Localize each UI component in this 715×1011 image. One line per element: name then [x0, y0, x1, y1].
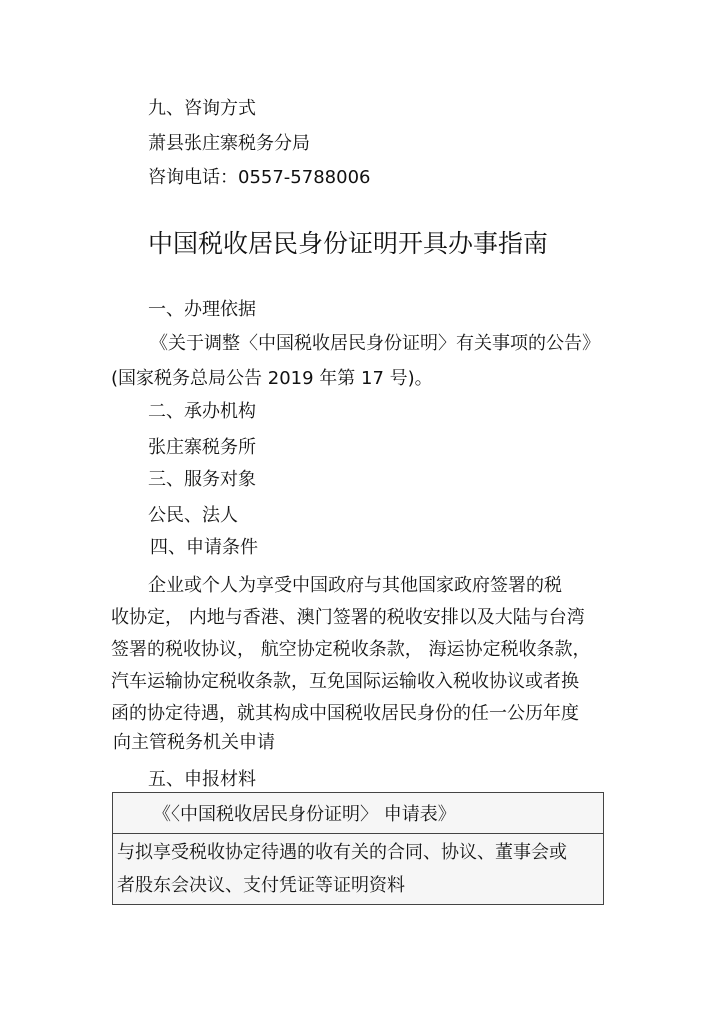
office-name: 萧县张庄寨税务分局 [148, 133, 310, 155]
conditions-line: 企业或个人为享受中国政府与其他国家政府签署的税 [111, 570, 611, 602]
agency-name: 张庄寨税务所 [148, 437, 256, 459]
section-nine-heading: 九、咨询方式 [148, 98, 256, 120]
table-cell-supporting-docs: 与拟享受税收协定待遇的收有关的合同、协议、董事会或 者股东会决议、支付凭证等证明… [113, 834, 604, 905]
page-title: 中国税收居民身份证明开具办事指南 [148, 229, 548, 259]
conditions-line: 收协定， 内地与香港、澳门签署的税收安排以及大陆与台湾 [111, 602, 611, 634]
supporting-docs-line: 与拟享受税收协定待遇的收有关的合同、协议、董事会或 [117, 836, 599, 869]
section-heading-basis: 一、办理依据 [148, 299, 256, 321]
conditions-line: 函的协定待遇，就其构成中国税收居民身份的任一公历年度 [111, 698, 611, 730]
conditions-paragraph: 企业或个人为享受中国政府与其他国家政府签署的税 收协定， 内地与香港、澳门签署的… [111, 570, 611, 756]
table-row: 与拟享受税收协定待遇的收有关的合同、协议、董事会或 者股东会决议、支付凭证等证明… [113, 834, 604, 905]
supporting-docs-line: 者股东会决议、支付凭证等证明资料 [117, 869, 599, 902]
conditions-line: 签署的税收协议， 航空协定税收条款， 海运协定税收条款， [111, 634, 611, 666]
section-heading-conditions: 四、申请条件 [150, 537, 258, 559]
basis-line-2: (国家税务总局公告 2019 年第 17 号)。 [111, 368, 433, 390]
section-heading-agency: 二、承办机构 [148, 401, 256, 423]
conditions-line: 汽车运输协定税收条款，互免国际运输收入税收协议或者换 [111, 666, 611, 698]
phone-line: 咨询电话：0557-5788006 [148, 167, 370, 189]
section-heading-service-target: 三、服务对象 [148, 469, 256, 491]
conditions-line: 向主管税务机关申请 [111, 730, 611, 756]
basis-line-1: 《关于调整〈中国税收居民身份证明〉有关事项的公告》 [150, 333, 600, 355]
service-target: 公民、法人 [148, 505, 238, 527]
table-cell-application-form: 《〈中国税收居民身份证明〉 申请表》 [113, 793, 604, 834]
section-heading-materials: 五、申报材料 [148, 769, 256, 791]
table-row: 《〈中国税收居民身份证明〉 申请表》 [113, 793, 604, 834]
materials-table: 《〈中国税收居民身份证明〉 申请表》 与拟享受税收协定待遇的收有关的合同、协议、… [112, 792, 604, 905]
